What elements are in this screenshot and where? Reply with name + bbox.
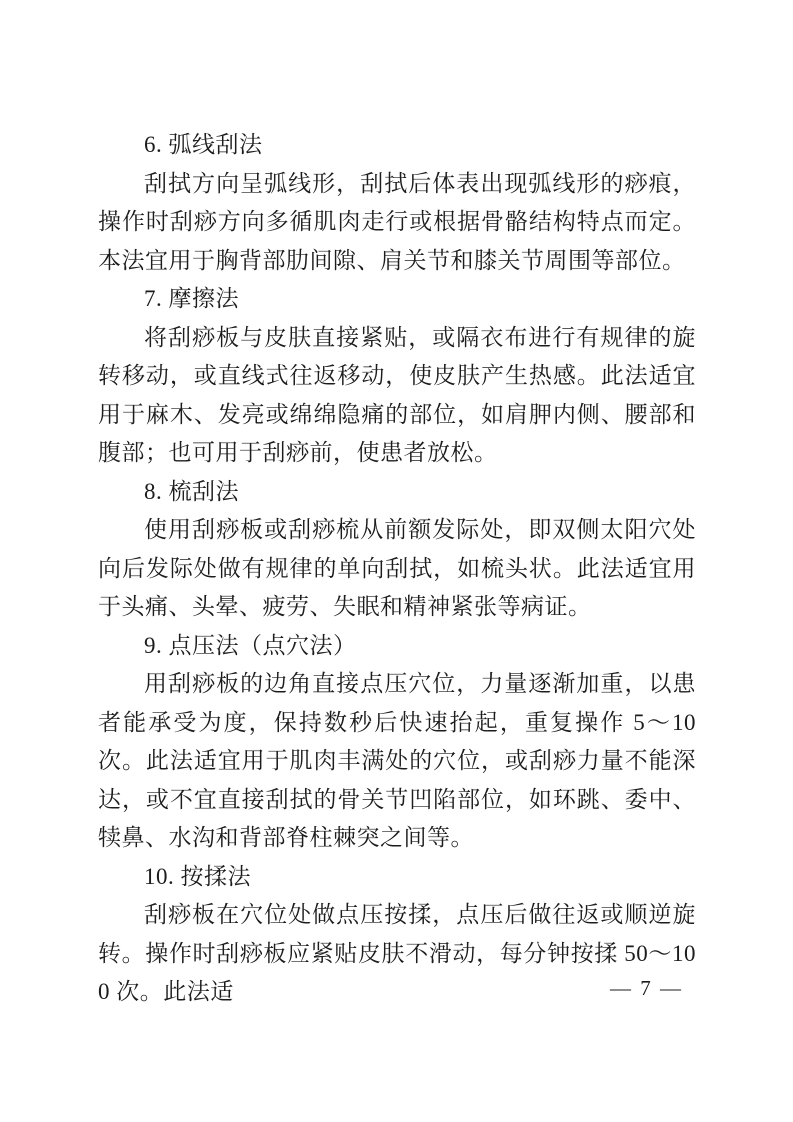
section-heading: 6. 弧线刮法 — [98, 126, 696, 165]
page-number: — 7 — — [610, 976, 683, 1001]
section-10: 10. 按揉法 刮痧板在穴位处做点压按揉，点压后做往返或顺逆旋转。操作时刮痧板应… — [98, 858, 696, 1012]
section-7: 7. 摩擦法 将刮痧板与皮肤直接紧贴，或隔衣布进行有规律的旋转移动，或直线式往返… — [98, 280, 696, 473]
section-paragraph: 用刮痧板的边角直接点压穴位，力量逐渐加重，以患者能承受为度，保持数秒后快速抬起，… — [98, 665, 696, 858]
document-page: 6. 弧线刮法 刮拭方向呈弧线形，刮拭后体表出现弧线形的痧痕，操作时刮痧方向多循… — [0, 0, 793, 1122]
section-paragraph: 将刮痧板与皮肤直接紧贴，或隔衣布进行有规律的旋转移动，或直线式往返移动，使皮肤产… — [98, 319, 696, 473]
section-heading: 9. 点压法（点穴法） — [98, 627, 696, 666]
section-paragraph: 刮痧板在穴位处做点压按揉，点压后做往返或顺逆旋转。操作时刮痧板应紧贴皮肤不滑动，… — [98, 896, 696, 1012]
section-9: 9. 点压法（点穴法） 用刮痧板的边角直接点压穴位，力量逐渐加重，以患者能承受为… — [98, 627, 696, 858]
section-8: 8. 梳刮法 使用刮痧板或刮痧梳从前额发际处，即双侧太阳穴处向后发际处做有规律的… — [98, 473, 696, 627]
section-paragraph: 刮拭方向呈弧线形，刮拭后体表出现弧线形的痧痕，操作时刮痧方向多循肌肉走行或根据骨… — [98, 165, 696, 281]
section-heading: 8. 梳刮法 — [98, 473, 696, 512]
section-heading: 10. 按揉法 — [98, 858, 696, 897]
section-paragraph: 使用刮痧板或刮痧梳从前额发际处，即双侧太阳穴处向后发际处做有规律的单向刮拭，如梳… — [98, 511, 696, 627]
document-content: 6. 弧线刮法 刮拭方向呈弧线形，刮拭后体表出现弧线形的痧痕，操作时刮痧方向多循… — [98, 126, 696, 1012]
section-heading: 7. 摩擦法 — [98, 280, 696, 319]
section-6: 6. 弧线刮法 刮拭方向呈弧线形，刮拭后体表出现弧线形的痧痕，操作时刮痧方向多循… — [98, 126, 696, 280]
